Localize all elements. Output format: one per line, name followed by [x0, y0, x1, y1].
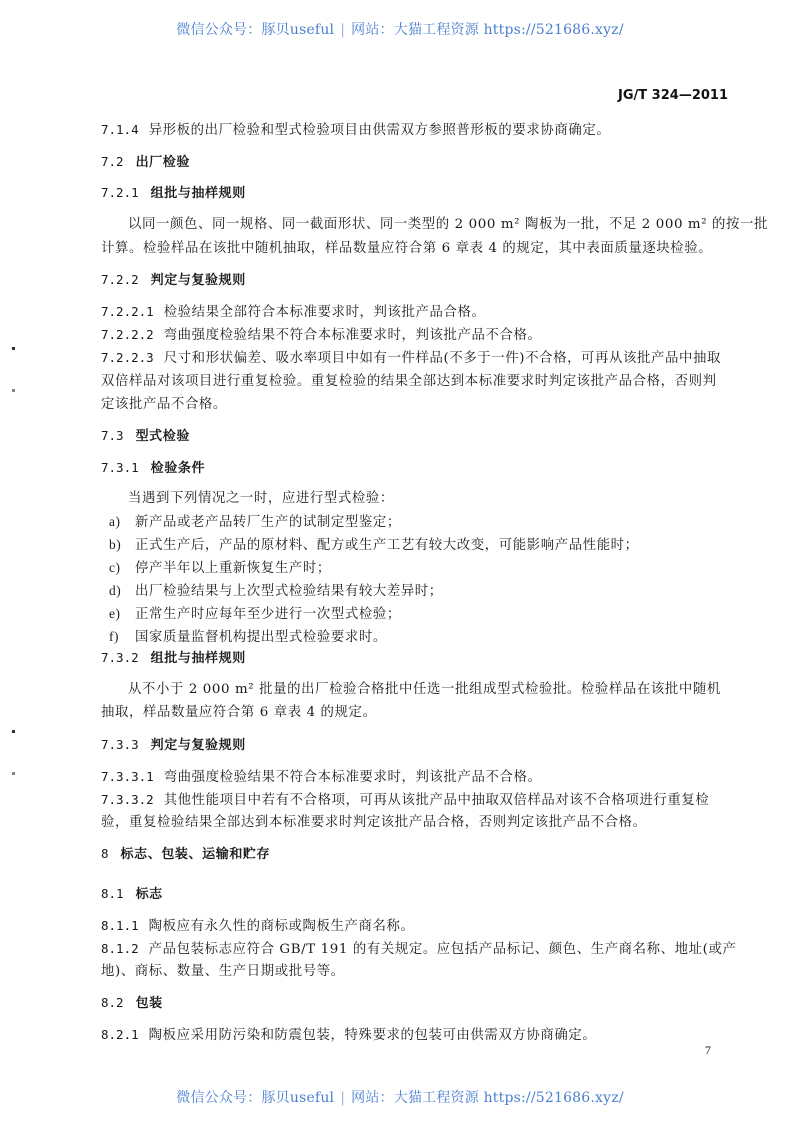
- list-text: 正常生产时应每年至少进行一次型式检验；: [135, 607, 401, 622]
- heading-number: 8: [101, 846, 109, 861]
- clause-8-1-1: 8.1.1陶板应有永久性的商标或陶板生产商名称。: [101, 917, 414, 936]
- list-text: 新产品或老产品转厂生产的试制定型鉴定；: [135, 515, 401, 530]
- clause-number: 7.1.4: [101, 122, 139, 137]
- heading-number: 7.2: [101, 154, 124, 169]
- list-item: f)国家质量监督机构提出型式检验要求时。: [109, 628, 387, 647]
- heading-7-3-2: 7.3.2组批与抽样规则: [101, 649, 246, 668]
- clause-number: 8.1.2: [101, 941, 139, 956]
- clause-7-3-3-1: 7.3.3.1弯曲强度检验结果不符合本标准要求时，判该批产品不合格。: [101, 768, 541, 787]
- clause-number: 7.3.3.2: [101, 792, 154, 807]
- clause-7-1-4: 7.1.4异形板的出厂检验和型式检验项目由供需双方参照普形板的要求协商确定。: [101, 121, 610, 140]
- paragraph-line: 计算。检验样品在该批中随机抽取，样品数量应符合第 6 章表 4 的规定，其中表面…: [101, 240, 712, 258]
- watermark-wechat: 微信公众号：豚贝useful: [176, 1090, 334, 1106]
- heading-7-3: 7.3型式检验: [101, 427, 190, 446]
- heading-title: 标志: [136, 887, 163, 902]
- list-text: 正式生产后，产品的原材料、配方或生产工艺有较大改变，可能影响产品性能时；: [135, 538, 639, 553]
- clause-8-1-2: 8.1.2产品包装标志应符合 GB/T 191 的有关规定。应包括产品标记、颜色…: [101, 940, 736, 959]
- list-marker: e): [109, 605, 135, 623]
- watermark-website[interactable]: 网站：大猫工程资源 https://521686.xyz/: [351, 1090, 624, 1106]
- heading-7-2-1: 7.2.1组批与抽样规则: [101, 184, 246, 203]
- clause-number: 7.2.2.2: [101, 327, 154, 342]
- clause-7-2-2-2: 7.2.2.2弯曲强度检验结果不符合本标准要求时，判该批产品不合格。: [101, 326, 541, 345]
- clause-7-2-2-1: 7.2.2.1检验结果全部符合本标准要求时，判该批产品合格。: [101, 303, 485, 322]
- watermark-separator: |: [340, 22, 345, 38]
- watermark-website[interactable]: 网站：大猫工程资源 https://521686.xyz/: [351, 22, 624, 38]
- margin-mark: [12, 772, 15, 775]
- heading-7-3-3: 7.3.3判定与复验规则: [101, 736, 246, 755]
- list-text: 出厂检验结果与上次型式检验结果有较大差异时；: [135, 584, 443, 599]
- heading-title: 型式检验: [136, 429, 190, 444]
- heading-title: 判定与复验规则: [151, 738, 246, 753]
- heading-title: 组批与抽样规则: [151, 186, 246, 201]
- watermark-wechat: 微信公众号：豚贝useful: [176, 22, 334, 38]
- list-item: c)停产半年以上重新恢复生产时；: [109, 559, 331, 578]
- list-marker: a): [109, 513, 135, 531]
- heading-8: 8标志、包装、运输和贮存: [101, 845, 270, 864]
- clause-text: 其他性能项目中若有不合格项，可再从该批产品中抽取双倍样品对该不合格项进行重复检: [164, 793, 710, 808]
- list-item: b)正式生产后，产品的原材料、配方或生产工艺有较大改变，可能影响产品性能时；: [109, 536, 639, 555]
- heading-title: 检验条件: [151, 461, 205, 476]
- list-marker: c): [109, 559, 135, 577]
- heading-number: 7.3: [101, 428, 124, 443]
- clause-number: 7.2.2.1: [101, 304, 154, 319]
- list-marker: d): [109, 582, 135, 600]
- heading-title: 判定与复验规则: [151, 273, 246, 288]
- heading-title: 包装: [136, 996, 163, 1011]
- heading-7-2: 7.2出厂检验: [101, 153, 190, 172]
- heading-number: 7.2.2: [101, 272, 139, 287]
- heading-number: 8.2: [101, 995, 124, 1010]
- heading-7-2-2: 7.2.2判定与复验规则: [101, 271, 246, 290]
- margin-mark: [12, 389, 15, 392]
- margin-mark: [12, 730, 15, 733]
- paragraph-line: 地)、商标、数量、生产日期或批号等。: [101, 963, 345, 981]
- watermark-separator: |: [340, 1090, 345, 1106]
- clause-text: 尺寸和形状偏差、吸水率项目中如有一件样品(不多于一件)不合格，可再从该批产品中抽…: [164, 351, 721, 366]
- clause-number: 8.2.1: [101, 1027, 139, 1042]
- heading-title: 出厂检验: [136, 155, 190, 170]
- paragraph-line: 定该批产品不合格。: [101, 396, 227, 414]
- standard-code: JG/T 324—2011: [618, 88, 728, 103]
- clause-text: 陶板应采用防污染和防震包装，特殊要求的包装可由供需双方协商确定。: [149, 1028, 597, 1043]
- clause-number: 8.1.1: [101, 918, 139, 933]
- paragraph-line: 双倍样品对该项目进行重复检验。重复检验的结果全部达到本标准要求时判定该批产品合格…: [101, 373, 717, 391]
- paragraph-line: 抽取，样品数量应符合第 6 章表 4 的规定。: [101, 704, 377, 722]
- clause-text: 弯曲强度检验结果不符合本标准要求时，判该批产品不合格。: [164, 328, 542, 343]
- heading-title: 组批与抽样规则: [151, 651, 246, 666]
- heading-8-2: 8.2包装: [101, 994, 163, 1013]
- clause-7-3-3-2: 7.3.3.2其他性能项目中若有不合格项，可再从该批产品中抽取双倍样品对该不合格…: [101, 791, 709, 810]
- list-item: a)新产品或老产品转厂生产的试制定型鉴定；: [109, 513, 401, 532]
- heading-number: 8.1: [101, 886, 124, 901]
- clause-text: 产品包装标志应符合 GB/T 191 的有关规定。应包括产品标记、颜色、生产商名…: [149, 942, 737, 957]
- list-text: 国家质量监督机构提出型式检验要求时。: [135, 630, 387, 645]
- paragraph-line: 验，重复检验结果全部达到本标准要求时判定该批产品合格，否则判定该批产品不合格。: [101, 814, 647, 832]
- list-text: 停产半年以上重新恢复生产时；: [135, 561, 331, 576]
- heading-title: 标志、包装、运输和贮存: [121, 847, 271, 862]
- page-number: 7: [705, 1043, 711, 1058]
- paragraph-line: 以同一颜色、同一规格、同一截面形状、同一类型的 2 000 m² 陶板为一批，不…: [128, 216, 768, 234]
- paragraph-line: 当遇到下列情况之一时，应进行型式检验：: [128, 490, 394, 508]
- list-marker: b): [109, 536, 135, 554]
- list-item: d)出厂检验结果与上次型式检验结果有较大差异时；: [109, 582, 443, 601]
- heading-number: 7.2.1: [101, 185, 139, 200]
- clause-text: 弯曲强度检验结果不符合本标准要求时，判该批产品不合格。: [164, 770, 542, 785]
- heading-8-1: 8.1标志: [101, 885, 163, 904]
- heading-number: 7.3.3: [101, 737, 139, 752]
- watermark-top: 微信公众号：豚贝useful|网站：大猫工程资源 https://521686.…: [0, 19, 800, 39]
- margin-mark: [12, 347, 15, 350]
- heading-7-3-1: 7.3.1检验条件: [101, 459, 205, 478]
- heading-number: 7.3.1: [101, 460, 139, 475]
- clause-7-2-2-3: 7.2.2.3尺寸和形状偏差、吸水率项目中如有一件样品(不多于一件)不合格，可再…: [101, 349, 721, 368]
- watermark-bottom: 微信公众号：豚贝useful|网站：大猫工程资源 https://521686.…: [0, 1087, 800, 1107]
- heading-number: 7.3.2: [101, 650, 139, 665]
- clause-text: 检验结果全部符合本标准要求时，判该批产品合格。: [164, 305, 486, 320]
- clause-8-2-1: 8.2.1陶板应采用防污染和防震包装，特殊要求的包装可由供需双方协商确定。: [101, 1026, 596, 1045]
- clause-text: 陶板应有永久性的商标或陶板生产商名称。: [149, 919, 415, 934]
- clause-number: 7.2.2.3: [101, 350, 154, 365]
- clause-text: 异形板的出厂检验和型式检验项目由供需双方参照普形板的要求协商确定。: [149, 123, 611, 138]
- paragraph-line: 从不小于 2 000 m² 批量的出厂检验合格批中任选一批组成型式检验批。检验样…: [128, 681, 721, 699]
- list-item: e)正常生产时应每年至少进行一次型式检验；: [109, 605, 401, 624]
- clause-number: 7.3.3.1: [101, 769, 154, 784]
- list-marker: f): [109, 628, 135, 646]
